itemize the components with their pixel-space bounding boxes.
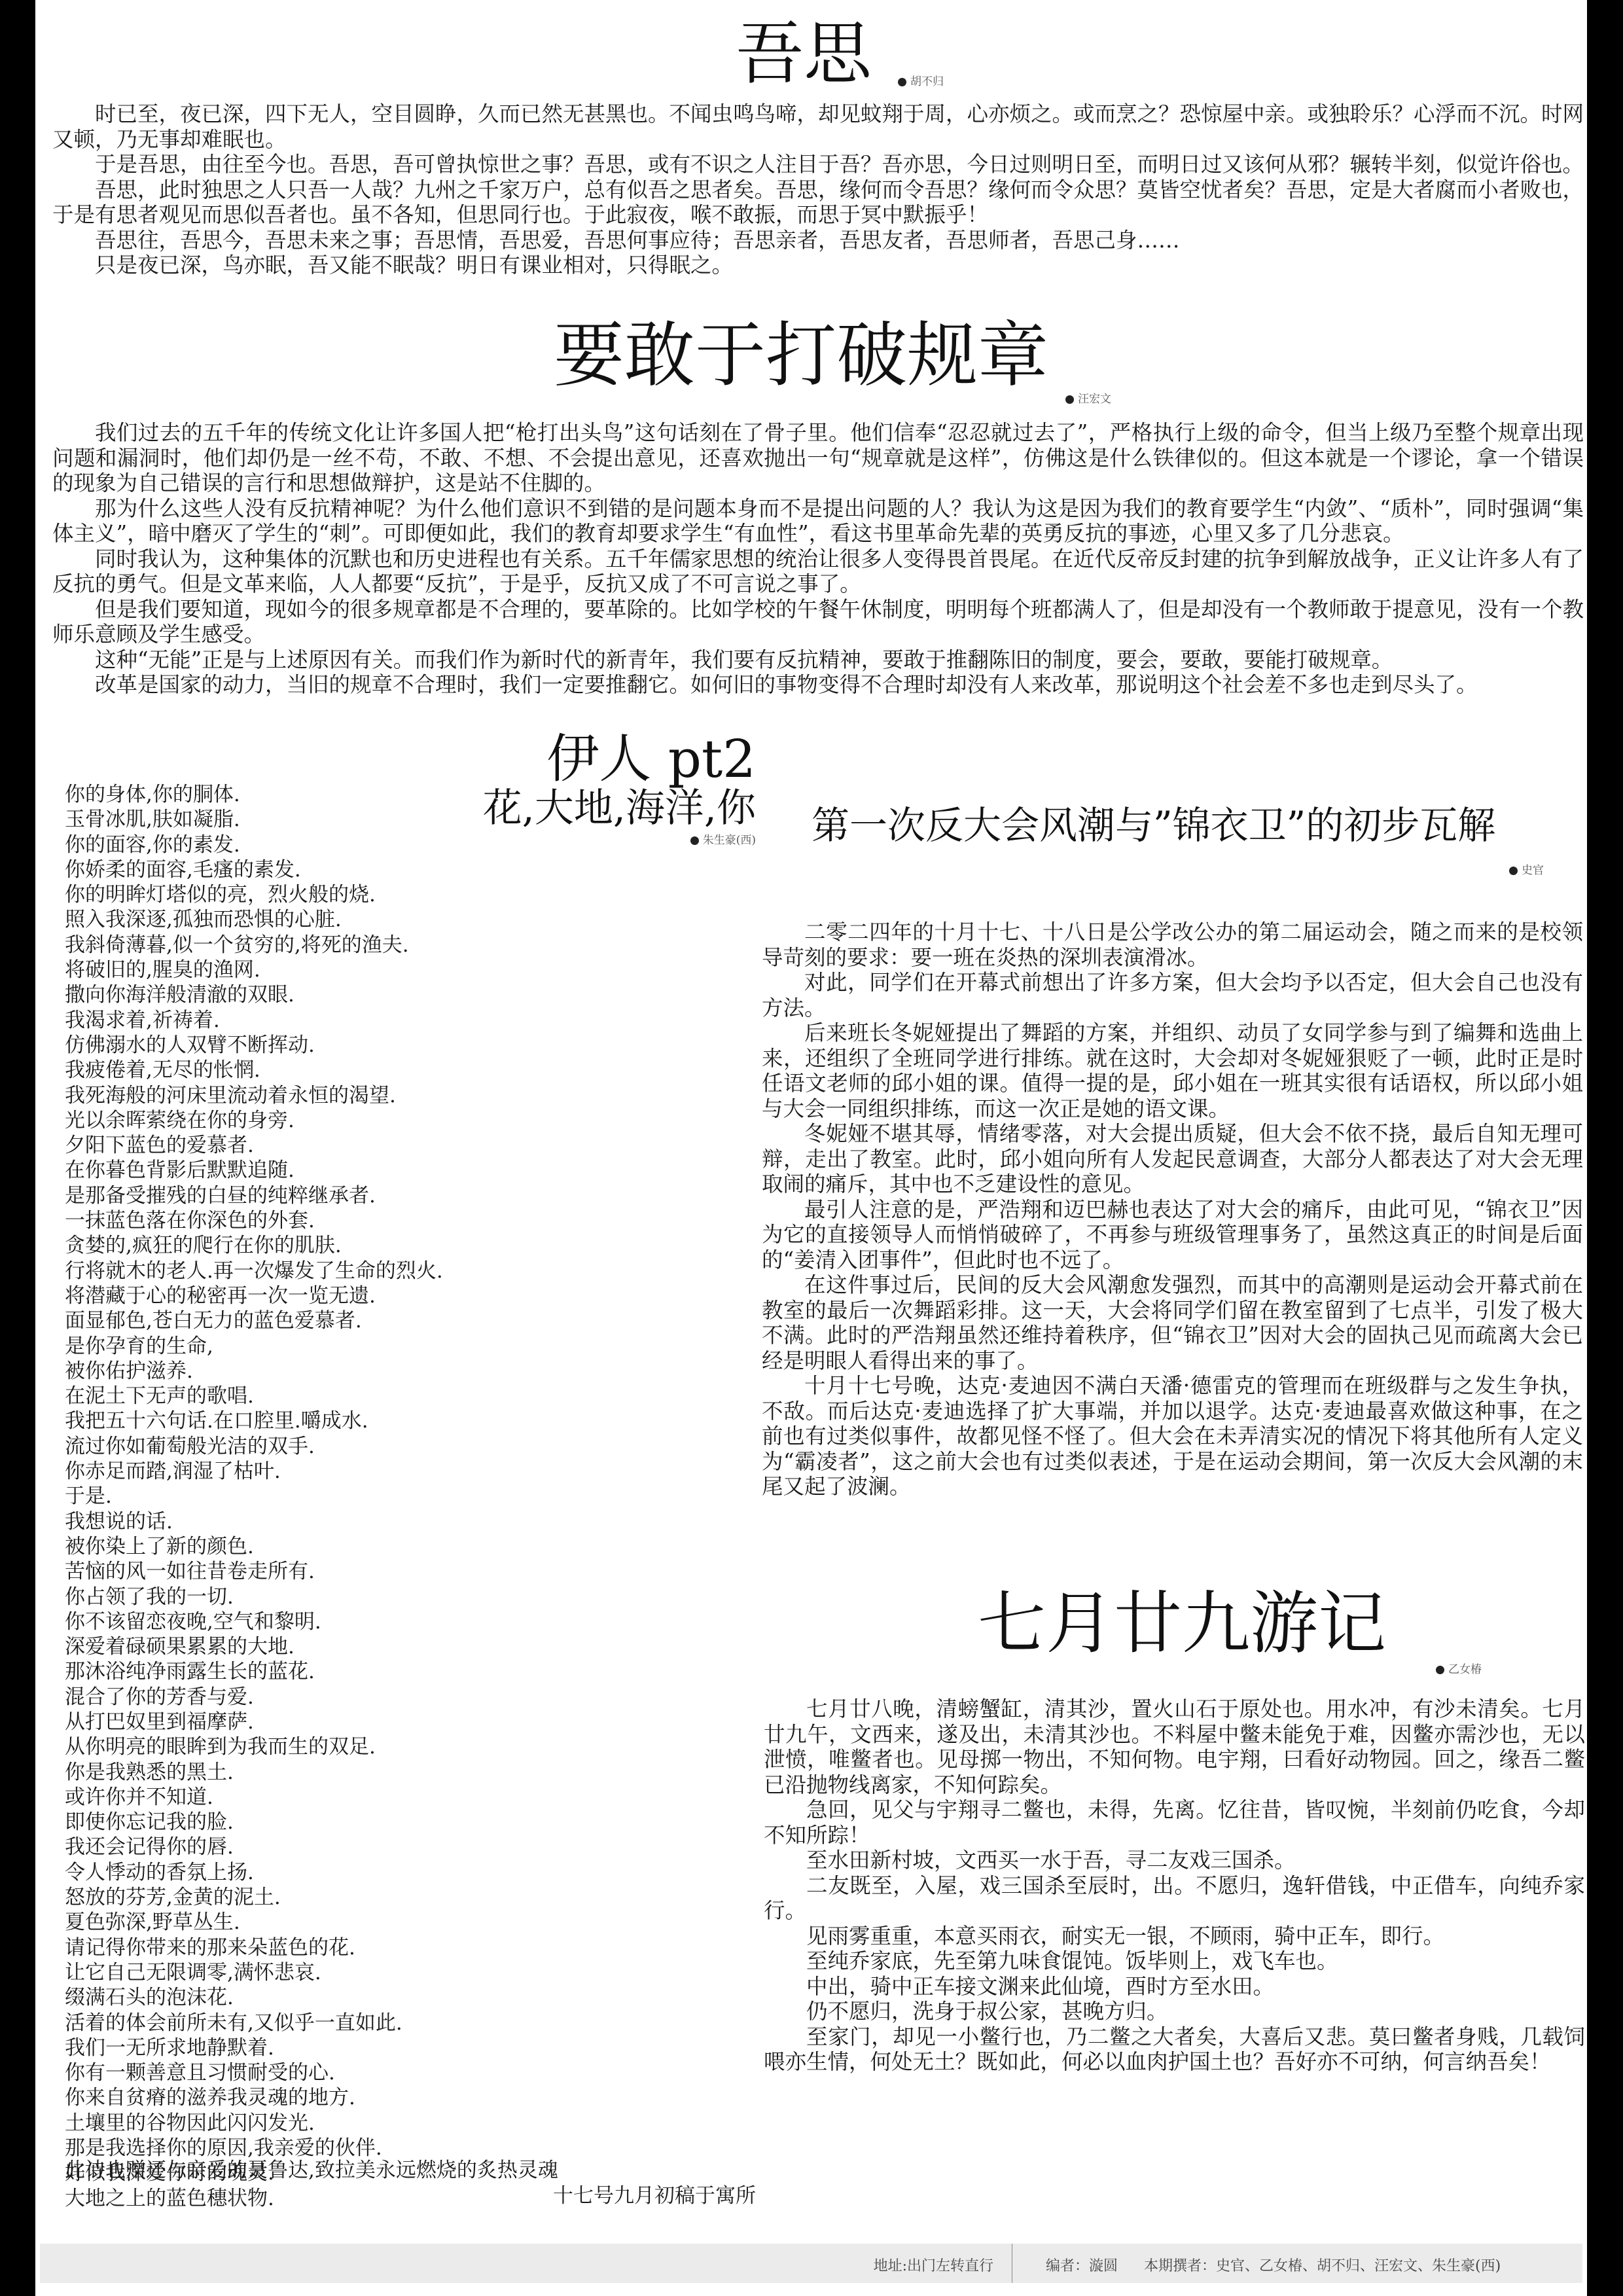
article-title-youji: 七月廿九游记	[978, 1589, 1386, 1657]
paragraph: 改革是国家的动力，当旧的规章不合理时，我们一定要推翻它。如何旧的事物变得不合理时…	[52, 672, 1584, 698]
poem-line: 玉骨冰肌,肤如凝脂.	[65, 807, 752, 832]
poem-line: 从你明亮的眼眸到为我而生的双足.	[65, 1734, 752, 1759]
byline-dapo: 汪宏文	[1065, 394, 1111, 405]
paragraph: 至家门，却见一小鳖行也，乃二鳖之大者矣，大喜后又悲。莫曰鳖者身贱，几载饲喂亦生情…	[764, 2024, 1585, 2075]
article-title-wusi: 吾思	[736, 20, 872, 88]
paragraph: 见雨雾重重，本意买雨衣，耐实无一银，不顾雨，骑中正车，即行。	[764, 1924, 1585, 1949]
footer-divider	[1012, 2244, 1012, 2283]
paragraph: 最引人注意的是，严浩翔和迈巴赫也表达了对大会的痛斥，由此可见，“锦衣卫”因为它的…	[762, 1197, 1583, 1273]
poem-line: 我死海般的河床里流动着永恒的渴望.	[65, 1083, 752, 1108]
author-name: 胡不归	[910, 75, 944, 88]
paragraph: 我们过去的五千年的传统文化让许多国人把“枪打出头鸟”这句话刻在了骨子里。他们信奉…	[52, 420, 1584, 496]
bullet-dot-icon	[898, 78, 906, 86]
poem-line: 被你佑护滋养.	[65, 1359, 752, 1384]
paragraph: 十月十七号晚，达克·麦迪因不满白天潘·德雷克的管理而在班级群与之发生争执，不敌。…	[762, 1373, 1583, 1499]
poem-line: 我还会记得你的唇.	[65, 1835, 752, 1859]
poem-line: 光以余晖萦绕在你的身旁.	[65, 1108, 752, 1133]
poem-line: 怒放的芬芳,金黄的泥土.	[65, 1885, 752, 1910]
paragraph: 这种“无能”正是与上述原因有关。而我们作为新时代的新青年，我们要有反抗精神，要敢…	[52, 647, 1584, 673]
poem-line: 你是我熟悉的黑土.	[65, 1760, 752, 1785]
paragraph: 七月廿八晚，清螃蟹缸，清其沙，置火山石于原处也。用水冲，有沙未清矣。七月廿九午，…	[764, 1696, 1585, 1797]
poem-line: 将潜藏于心的秘密再一次一览无遗.	[65, 1283, 752, 1308]
paragraph: 在这件事过后，民间的反大会风潮愈发强烈，而其中的高潮则是运动会开幕式前在教室的最…	[762, 1272, 1583, 1373]
paragraph: 同时我认为，这种集体的沉默也和历史进程也有关系。五千年儒家思想的统治让很多人变得…	[52, 547, 1584, 597]
poem-line: 混合了你的芳香与爱.	[65, 1685, 752, 1710]
paragraph: 于是吾思，由往至今也。吾思，吾可曾执惊世之事？吾思，或有不识之人注目于吾？吾亦思…	[52, 152, 1584, 177]
paragraph: 时已至，夜已深，四下无人，空目圆睁，久而已然无甚黑也。不闻虫鸣鸟啼，却见蚊翔于周…	[52, 101, 1584, 152]
paragraph: 二零二四年的十月十七、十八日是公学改公办的第二届运动会，随之而来的是校领导苛刻的…	[762, 920, 1583, 970]
footer-editor: 编者：漩圆	[1046, 2258, 1118, 2274]
poem-line: 在泥土下无声的歌唱.	[65, 1384, 752, 1408]
article-title-yiren: 伊人 pt2	[546, 733, 756, 785]
poem-line: 让它自己无限调零,满怀悲哀.	[65, 1960, 752, 1985]
poem-dedication: 此诗也赠还与亲爱的聂鲁达,致拉美永远燃烧的炙热灵魂	[65, 2158, 785, 2183]
poem-signature: 十七号九月初稿于寓所	[553, 2183, 756, 2208]
poem-line: 我想说的话.	[65, 1509, 752, 1534]
poem-line: 缀满石头的泡沫花.	[65, 1985, 752, 2010]
poem-line: 我疲倦着,无尽的怅惘.	[65, 1058, 752, 1083]
poem-line: 我把五十六句话.在口腔里.嚼成水.	[65, 1408, 752, 1433]
poem-line: 即使你忘记我的脸.	[65, 1810, 752, 1835]
article-title-jinyiwei: 第一次反大会风潮与”锦衣卫”的初步瓦解	[811, 806, 1495, 844]
byline-youji: 乙女椿	[1436, 1664, 1482, 1676]
poem-line: 我们一无所求地静默着.	[65, 2036, 752, 2060]
paragraph: 中出，骑中正车接文渊来此仙境，酉时方至水田。	[764, 1974, 1585, 2000]
poem-line: 照入我深逐,孤独而恐惧的心脏.	[65, 907, 752, 932]
poem-line: 是那备受摧残的白昼的纯粹继承者.	[65, 1183, 752, 1208]
poem-line: 从打巴奴里到福摩萨.	[65, 1710, 752, 1734]
article-title-dapo: 要敢于打破规章	[554, 321, 1048, 391]
byline-wusi: 胡不归	[898, 77, 944, 88]
footer-address: 地址:出门左转直行	[874, 2255, 993, 2275]
poem-line: 夏色弥深,野草丛生.	[65, 1910, 752, 1935]
footer-credits: 编者：漩圆本期撰者：史官、乙女椿、胡不归、汪宏文、朱生豪(西)	[1046, 2255, 1527, 2275]
paragraph: 只是夜已深，鸟亦眠，吾又能不眠哉？明日有课业相对，只得眠之。	[52, 253, 1584, 278]
poem-line: 你的面容,你的素发.	[65, 833, 752, 857]
paragraph: 那为什么这些人没有反抗精神呢？为什么他们意识不到错的是问题本身而不是提出问题的人…	[52, 496, 1584, 547]
poem-body-yiren: 你的身体,你的胴体. 玉骨冰肌,肤如凝脂. 你的面容,你的素发. 你娇柔的面容,…	[65, 782, 752, 2211]
poem-line: 请记得你带来的那来朵蓝色的花.	[65, 1935, 752, 1960]
poem-line: 你不该留恋夜晚,空气和黎明.	[65, 1609, 752, 1634]
paragraph: 对此，同学们在开幕式前想出了许多方案，但大会均予以否定，但大会自己也没有方法。	[762, 970, 1583, 1020]
poem-line: 你的明眸灯塔似的亮，烈火般的烧.	[65, 882, 752, 907]
poem-line: 那沐浴纯净雨露生长的蓝花.	[65, 1659, 752, 1684]
article-body-jinyiwei: 二零二四年的十月十七、十八日是公学改公办的第二届运动会，随之而来的是校领导苛刻的…	[762, 920, 1583, 1499]
bullet-dot-icon	[1509, 867, 1518, 875]
poem-line: 在你暮色背影后默默追随.	[65, 1158, 752, 1183]
poem-line: 行将就木的老人.再一次爆发了生命的烈火.	[65, 1259, 752, 1283]
footer-bar: 地址:出门左转直行 编者：漩圆本期撰者：史官、乙女椿、胡不归、汪宏文、朱生豪(西…	[40, 2244, 1582, 2283]
article-body-dapo: 我们过去的五千年的传统文化让许多国人把“枪打出头鸟”这句话刻在了骨子里。他们信奉…	[52, 420, 1584, 698]
poem-line: 你赤足而踏,润湿了枯叶.	[65, 1459, 752, 1484]
poem-line: 被你染上了新的颜色.	[65, 1534, 752, 1559]
poem-line: 于是.	[65, 1484, 752, 1509]
poem-line: 那是我选择你的原因,我亲爱的伙伴.	[65, 2136, 752, 2161]
poem-line: 撒向你海洋般清澈的双眼.	[65, 982, 752, 1007]
poem-line: 令人悸动的香氛上扬.	[65, 1860, 752, 1885]
paragraph: 二友既至，入屋，戏三国杀至辰时，出。不愿归，逸轩借钱，中正借车，向纯乔家行。	[764, 1873, 1585, 1924]
paragraph: 仍不愿归，洗身于叔公家，甚晚方归。	[764, 1999, 1585, 2024]
poem-line: 仿佛溺水的人双臂不断挥动.	[65, 1033, 752, 1058]
poem-line: 流过你如葡萄般光洁的双手.	[65, 1434, 752, 1459]
paragraph: 冬妮娅不堪其辱，情绪零落，对大会提出质疑，但大会不依不挠，最后自知无理可辩，走出…	[762, 1121, 1583, 1197]
poem-line: 贪婪的,疯狂的爬行在你的肌肤.	[65, 1233, 752, 1258]
author-name: 史官	[1522, 864, 1544, 877]
footer-contributors: 本期撰者：史官、乙女椿、胡不归、汪宏文、朱生豪(西)	[1144, 2258, 1501, 2274]
paragraph: 急回，见父与宇翔寻二鳖也，未得，先离。忆往昔，皆叹惋，半刻前仍吃食，今却不知所踪…	[764, 1797, 1585, 1848]
paragraph: 吾思，此时独思之人只吾一人哉？九州之千家万户，总有似吾之思者矣。吾思，缘何而令吾…	[52, 177, 1584, 228]
paragraph: 后来班长冬妮娅提出了舞蹈的方案，并组织、动员了女同学参与到了编舞和选曲上来，还组…	[762, 1020, 1583, 1121]
poem-line: 夕阳下蓝色的爱慕者.	[65, 1133, 752, 1158]
poem-line: 你有一颗善意且习惯耐受的心.	[65, 2060, 752, 2085]
bullet-dot-icon	[1436, 1666, 1444, 1674]
poem-line: 你的身体,你的胴体.	[65, 782, 752, 807]
byline-jinyiwei: 史官	[1509, 865, 1544, 876]
poem-line: 活着的体会前所未有,又似乎一直如此.	[65, 2011, 752, 2036]
article-body-wusi: 时已至，夜已深，四下无人，空目圆睁，久而已然无甚黑也。不闻虫鸣鸟啼，却见蚊翔于周…	[52, 101, 1584, 278]
bullet-dot-icon	[1065, 395, 1074, 404]
author-name: 乙女椿	[1448, 1663, 1482, 1676]
poem-line: 苦恼的风一如往昔卷走所有.	[65, 1559, 752, 1584]
poem-line: 土壤里的谷物因此闪闪发光.	[65, 2111, 752, 2136]
poem-line: 一抹蓝色落在你深色的外套.	[65, 1208, 752, 1233]
paragraph: 至水田新村坡，文西买一水于吾，寻二友戏三国杀。	[764, 1848, 1585, 1873]
poem-line: 你娇柔的面容,毛瘙的素发.	[65, 857, 752, 882]
paragraph: 至纯乔家底，先至第九味食馄饨。饭毕则上，戏飞车也。	[764, 1948, 1585, 1974]
paragraph: 但是我们要知道，现如今的很多规章都是不合理的，要革除的。比如学校的午餐午休制度，…	[52, 597, 1584, 647]
poem-line: 是你孕育的生命,	[65, 1334, 752, 1359]
poem-line: 你来自贫瘠的滋养我灵魂的地方.	[65, 2085, 752, 2110]
poem-line: 面显郁色,苍白无力的蓝色爱慕者.	[65, 1308, 752, 1333]
poem-line: 深爱着碌硕果累累的大地.	[65, 1634, 752, 1659]
poem-line: 我渴求着,祈祷着.	[65, 1008, 752, 1033]
newspaper-page: 吾思 胡不归 时已至，夜已深，四下无人，空目圆睁，久而已然无甚黑也。不闻虫鸣鸟啼…	[35, 0, 1587, 2296]
poem-line: 我斜倚薄暮,似一个贫穷的,将死的渔夫.	[65, 933, 752, 958]
poem-line: 将破旧的,腥臭的渔网.	[65, 958, 752, 982]
paragraph: 吾思往，吾思今，吾思未来之事；吾思情，吾思爱，吾思何事应待；吾思亲者，吾思友者，…	[52, 228, 1584, 253]
article-body-youji: 七月廿八晚，清螃蟹缸，清其沙，置火山石于原处也。用水冲，有沙未清矣。七月廿九午，…	[764, 1696, 1585, 2075]
poem-line: 或许你并不知道.	[65, 1785, 752, 1810]
author-name: 汪宏文	[1078, 393, 1111, 406]
poem-line: 你占领了我的一切.	[65, 1585, 752, 1609]
